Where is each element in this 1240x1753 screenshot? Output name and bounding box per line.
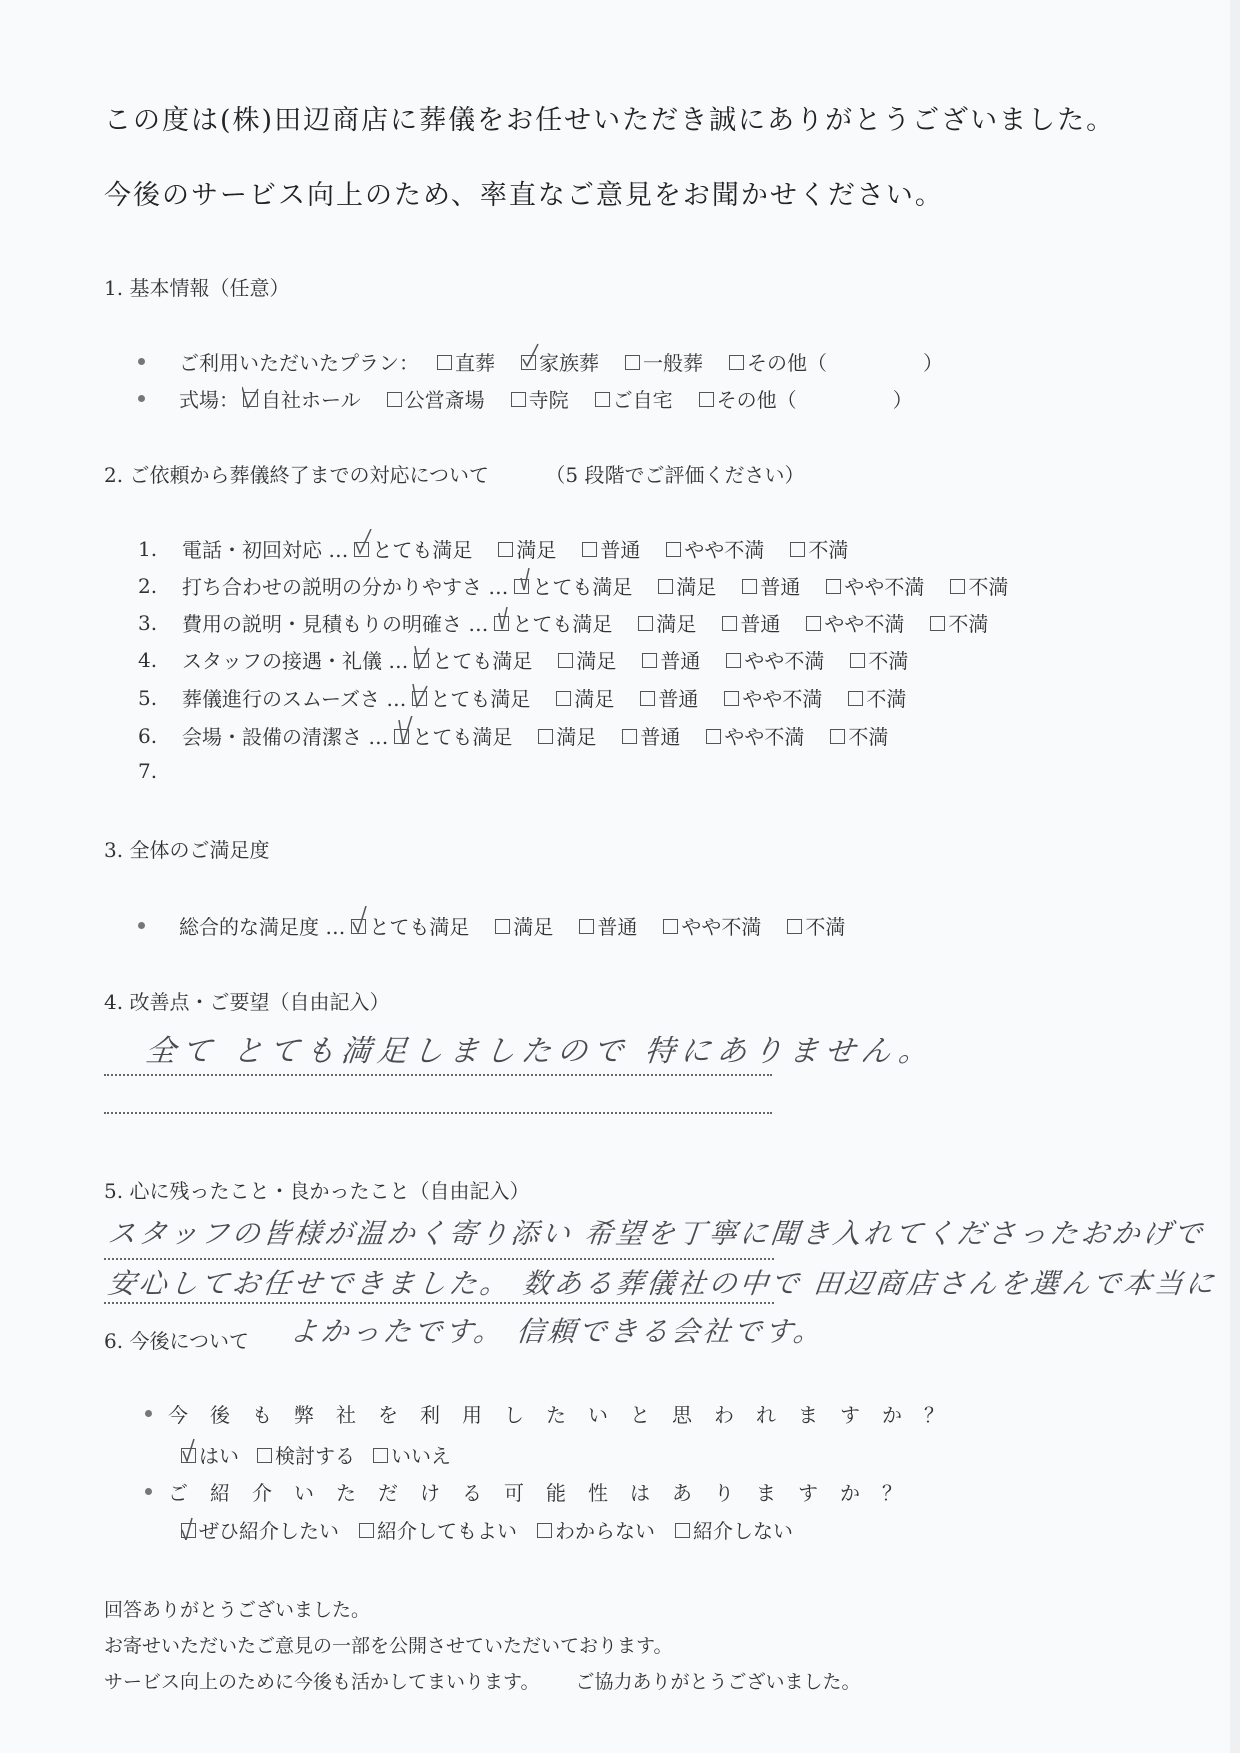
rating-option[interactable]: 満足 [538, 721, 596, 750]
memorable-handwriting-line3[interactable]: よかったです。 信頼できる会社です。 [288, 1310, 827, 1350]
checkbox-icon[interactable] [950, 579, 965, 594]
item-number: 3. [138, 611, 174, 635]
checkbox-icon[interactable] [558, 653, 573, 668]
referral-option-maybe[interactable]: 紹介してもよい [359, 1515, 517, 1544]
rating-option[interactable]: 普通 [642, 645, 700, 674]
rating-option[interactable]: 満足 [498, 534, 556, 563]
item-number: 4. [138, 648, 174, 672]
checkbox-icon[interactable] [790, 542, 805, 557]
checkbox-icon[interactable] [595, 392, 610, 407]
venue-option-temple[interactable]: 寺院 [511, 384, 569, 413]
item-label: 打ち合わせの説明の分かりやすさ … [182, 571, 508, 600]
overall-option-very-satisfied[interactable]: とても満足 [351, 911, 469, 940]
checkbox-icon[interactable] [666, 542, 681, 557]
checkbox-icon[interactable] [579, 919, 594, 934]
rating-option[interactable]: 満足 [658, 571, 716, 600]
rating-row: 6.会場・設備の清潔さ …とても満足満足普通やや不満不満 [138, 721, 888, 750]
item-label: 葬儀進行のスムーズさ … [182, 683, 406, 712]
item-number: 6. [138, 724, 174, 748]
plan-option-direct[interactable]: 直葬 [437, 347, 495, 376]
rating-row: 1.電話・初回対応 …とても満足満足普通やや不満不満 [138, 534, 848, 563]
rating-row: 7. [138, 759, 182, 783]
plan-option-general[interactable]: 一般葬 [625, 347, 703, 376]
checkbox-icon[interactable] [930, 616, 945, 631]
rating-option[interactable]: 普通 [640, 683, 698, 712]
checkbox-icon[interactable] [640, 691, 655, 706]
item-label: 費用の説明・見積もりの明確さ … [182, 608, 488, 637]
checkbox-icon[interactable] [387, 392, 402, 407]
checkbox-checked-icon[interactable] [181, 1448, 196, 1463]
checkbox-icon[interactable] [699, 392, 714, 407]
improvement-handwriting[interactable]: 全て とても満足しましたので 特にありません。 [144, 1026, 937, 1070]
bullet-icon [138, 395, 145, 402]
venue-option-public[interactable]: 公営斎場 [387, 384, 485, 413]
checkbox-icon[interactable] [437, 355, 452, 370]
overall-label: 総合的な満足度 … [179, 911, 345, 940]
rating-option[interactable]: 満足 [638, 608, 696, 637]
checkbox-icon[interactable] [582, 542, 597, 557]
checkbox-icon[interactable] [848, 691, 863, 706]
checkbox-icon[interactable] [556, 691, 571, 706]
checkbox-icon[interactable] [742, 579, 757, 594]
plan-row: ご利用いただいたプラン： 直葬 家族葬 一般葬 その他（ ） [138, 347, 943, 376]
checkbox-icon[interactable] [726, 653, 741, 668]
footer-closing: サービス向上のために今後も活かしてまいります。 ご協力ありがとうございました。 [104, 1667, 861, 1694]
checkbox-icon[interactable] [625, 355, 640, 370]
answer-line [104, 1302, 774, 1304]
rating-option[interactable]: やや不満 [666, 534, 764, 563]
overall-option-satisfied[interactable]: 満足 [495, 911, 553, 940]
rating-option[interactable]: 満足 [558, 645, 616, 674]
checkbox-checked-icon[interactable] [354, 542, 369, 557]
overall-option-somewhat-dissatisfied[interactable]: やや不満 [663, 911, 761, 940]
rating-option[interactable]: 不満 [830, 721, 888, 750]
plan-option-family[interactable]: 家族葬 [521, 347, 599, 376]
rating-option[interactable]: とても満足 [412, 683, 530, 712]
rating-option[interactable]: とても満足 [494, 608, 612, 637]
referral-options: ぜひ紹介したい 紹介してもよい わからない 紹介しない [181, 1515, 793, 1544]
venue-label: 式場： [179, 384, 239, 413]
rating-row: 2.打ち合わせの説明の分かりやすさ …とても満足満足普通やや不満不満 [138, 571, 1008, 600]
rating-option[interactable]: やや不満 [706, 721, 804, 750]
checkbox-icon[interactable] [830, 729, 845, 744]
item-label: 電話・初回対応 … [182, 534, 348, 563]
rating-option[interactable]: 普通 [582, 534, 640, 563]
plan-option-other[interactable]: その他（ [729, 347, 827, 376]
checkbox-icon[interactable] [642, 653, 657, 668]
checkbox-icon[interactable] [658, 579, 673, 594]
rating-option[interactable]: 満足 [556, 683, 614, 712]
rating-option[interactable]: 不満 [848, 683, 906, 712]
referral-option-definitely[interactable]: ぜひ紹介したい [181, 1515, 339, 1544]
venue-option-own-hall[interactable]: 自社ホール [243, 384, 361, 413]
checkbox-icon[interactable] [675, 1523, 690, 1538]
checkbox-checked-icon[interactable] [243, 392, 258, 407]
checkbox-icon[interactable] [706, 729, 721, 744]
section5-title: 5. 心に残ったこと・良かったこと（自由記入） [104, 1175, 529, 1204]
item-number: 2. [138, 574, 174, 598]
checkbox-icon[interactable] [495, 919, 510, 934]
rating-option[interactable]: 不満 [850, 645, 908, 674]
answer-line [104, 1112, 772, 1114]
footer-publish-note: お寄せいただいたご意見の一部を公開させていただいております。 [104, 1631, 672, 1658]
bullet-icon [138, 922, 145, 929]
checkbox-icon[interactable] [850, 653, 865, 668]
checkbox-icon[interactable] [257, 1448, 272, 1463]
memorable-handwriting-line2[interactable]: 安心してお任せできました。 数ある葬儀社の中で 田辺商店さんを選んで本当に [106, 1262, 1219, 1302]
plan-label: ご利用いただいたプラン： [179, 347, 419, 376]
rating-row: 3.費用の説明・見積もりの明確さ …とても満足満足普通やや不満不満 [138, 608, 988, 637]
bullet-icon [138, 358, 145, 365]
checkbox-icon[interactable] [373, 1448, 388, 1463]
scan-edge [1230, 0, 1240, 1753]
checkbox-checked-icon[interactable] [494, 616, 509, 631]
rating-row: 4.スタッフの接遇・礼儀 …とても満足満足普通やや不満不満 [138, 645, 908, 674]
item-number: 7. [138, 759, 174, 783]
request-heading: 今後のサービス向上のため、率直なご意見をお聞かせください。 [104, 173, 944, 212]
rating-option[interactable]: とても満足 [354, 534, 472, 563]
bullet-icon [145, 1488, 152, 1495]
checkbox-icon[interactable] [826, 579, 841, 594]
checkbox-icon[interactable] [622, 729, 637, 744]
rating-option[interactable]: やや不満 [724, 683, 822, 712]
checkbox-checked-icon[interactable] [514, 579, 529, 594]
memorable-handwriting-line1[interactable]: スタッフの皆様が温かく寄り添い 希望を丁寧に聞き入れてくださったおかげで [106, 1212, 1207, 1252]
bullet-icon [145, 1410, 152, 1417]
checkbox-icon[interactable] [359, 1523, 374, 1538]
item-label: スタッフの接遇・礼儀 … [182, 645, 408, 674]
checkbox-icon[interactable] [724, 691, 739, 706]
rating-option[interactable]: とても満足 [394, 721, 512, 750]
section6-title: 6. 今後について [104, 1325, 249, 1354]
overall-option-dissatisfied[interactable]: 不満 [787, 911, 845, 940]
future-use-option-yes[interactable]: はい [181, 1440, 239, 1469]
checkbox-icon[interactable] [722, 616, 737, 631]
rating-option[interactable]: 不満 [790, 534, 848, 563]
checkbox-icon[interactable] [498, 542, 513, 557]
checkbox-icon[interactable] [663, 919, 678, 934]
section1-title: 1. 基本情報（任意） [104, 272, 289, 301]
section2-note: （5 段階でご評価ください） [545, 463, 804, 487]
rating-option[interactable]: 不満 [930, 608, 988, 637]
checkbox-icon[interactable] [638, 616, 653, 631]
checkbox-icon[interactable] [806, 616, 821, 631]
checkbox-checked-icon[interactable] [351, 919, 366, 934]
rating-option[interactable]: とても満足 [414, 645, 532, 674]
referral-option-unsure[interactable]: わからない [537, 1515, 655, 1544]
rating-option[interactable]: 不満 [950, 571, 1008, 600]
section4-title: 4. 改善点・ご要望（自由記入） [104, 986, 389, 1015]
checkbox-icon[interactable] [538, 729, 553, 744]
answer-line [104, 1074, 772, 1076]
checkbox-checked-icon[interactable] [414, 653, 429, 668]
rating-option[interactable]: 普通 [622, 721, 680, 750]
thank-you-heading: この度は(株)田辺商店に葬儀をお任せいただき誠にありがとうございました。 [104, 98, 1115, 137]
rating-option[interactable]: とても満足 [514, 571, 632, 600]
checkbox-icon[interactable] [511, 392, 526, 407]
checkbox-checked-icon[interactable] [521, 355, 536, 370]
future-use-option-no[interactable]: いいえ [373, 1440, 451, 1469]
item-number: 1. [138, 537, 174, 561]
rating-row: 5.葬儀進行のスムーズさ …とても満足満足普通やや不満不満 [138, 683, 906, 712]
rating-option[interactable]: 普通 [742, 571, 800, 600]
checkbox-checked-icon[interactable] [181, 1523, 196, 1538]
checkbox-checked-icon[interactable] [394, 729, 409, 744]
future-use-option-consider[interactable]: 検討する [257, 1440, 355, 1469]
venue-row: 式場： 自社ホール 公営斎場 寺院 ご自宅 その他（ ） [138, 384, 913, 413]
rating-option[interactable]: 普通 [722, 608, 780, 637]
venue-option-home[interactable]: ご自宅 [595, 384, 673, 413]
overall-satisfaction-row: 総合的な満足度 … とても満足 満足 普通 やや不満 不満 [138, 911, 845, 940]
checkbox-icon[interactable] [537, 1523, 552, 1538]
footer-thanks: 回答ありがとうございました。 [104, 1595, 370, 1622]
checkbox-icon[interactable] [787, 919, 802, 934]
referral-question: ご紹介いただける可能性はありますか？ [145, 1477, 924, 1506]
venue-option-other[interactable]: その他（ [699, 384, 797, 413]
future-use-question: 今後も弊社を利用したいと思われますか？ [145, 1399, 966, 1428]
answer-line [104, 1258, 774, 1260]
rating-option[interactable]: やや不満 [726, 645, 824, 674]
rating-option[interactable]: やや不満 [826, 571, 924, 600]
referral-option-no[interactable]: 紹介しない [675, 1515, 793, 1544]
section2-title: 2. ご依頼から葬儀終了までの対応について （5 段階でご評価ください） [104, 459, 805, 488]
checkbox-checked-icon[interactable] [412, 691, 427, 706]
item-label: 会場・設備の清潔さ … [182, 721, 388, 750]
item-number: 5. [138, 686, 174, 710]
overall-option-neutral[interactable]: 普通 [579, 911, 637, 940]
checkbox-icon[interactable] [729, 355, 744, 370]
future-use-options: はい 検討する いいえ [181, 1440, 451, 1469]
rating-option[interactable]: やや不満 [806, 608, 904, 637]
section3-title: 3. 全体のご満足度 [104, 834, 269, 863]
